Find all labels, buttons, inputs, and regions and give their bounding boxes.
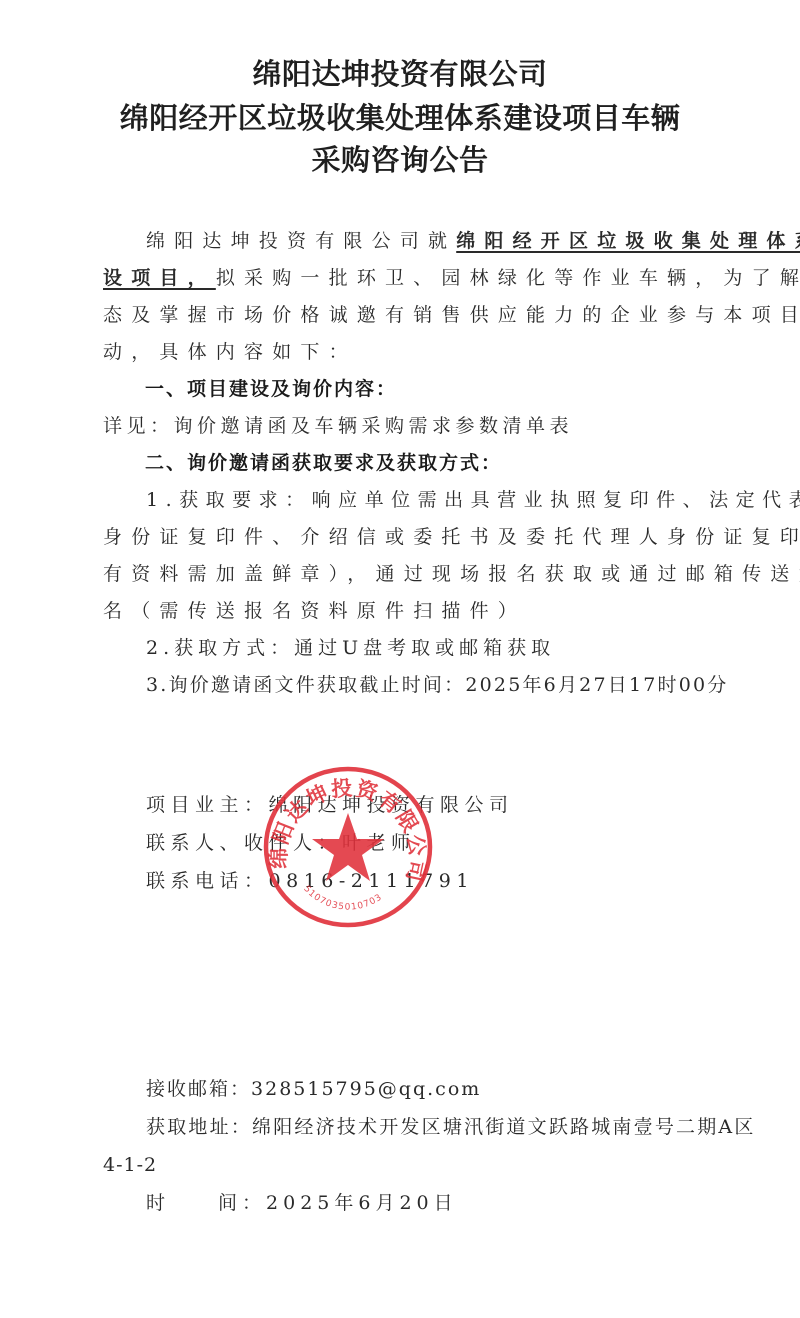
section2-item1-line4: 名（需传送报名资料原件扫描件） xyxy=(103,599,703,623)
section2-heading: 二、询价邀请函获取要求及获取方式： xyxy=(145,451,745,475)
section1-heading: 一、项目建设及询价内容： xyxy=(145,377,745,401)
document-page: 绵阳达坤投资有限公司 绵阳经开区垃圾收集处理体系建设项目车辆 采购咨询公告 绵阳… xyxy=(0,0,800,1318)
phone-row: 联系电话：0816-2111791 xyxy=(146,869,746,893)
section2-item2: 2.获取方式：通过U盘考取或邮箱获取 xyxy=(146,636,746,660)
project-title: 绵阳经开区垃圾收集处理体系建设项目车辆 xyxy=(0,101,800,135)
owner-row: 项目业主：绵阳达坤投资有限公司 xyxy=(146,793,746,817)
project-name-underlined: 绵阳经开区垃圾收集处理体系建 xyxy=(456,230,800,252)
intro-line-3: 态及掌握市场价格诚邀有销售供应能力的企业参与本项目咨询活 xyxy=(103,303,703,327)
email-row: 接收邮箱：328515795@qq.com xyxy=(146,1077,746,1101)
intro-line-4: 动，具体内容如下： xyxy=(103,340,703,364)
address-row-cont: 4-1-2 xyxy=(103,1153,703,1177)
section1-detail: 详见：询价邀请函及车辆采购需求参数清单表 xyxy=(103,414,703,438)
section2-item1-line1: 1.获取要求：响应单位需出具营业执照复印件、法定代表人 xyxy=(146,488,746,512)
date-row: 时 间：2025年6月20日 xyxy=(146,1191,746,1215)
section2-item3: 3.询价邀请函文件获取截止时间：2025年6月27日17时00分 xyxy=(146,673,746,697)
intro-line-1: 绵阳达坤投资有限公司就绵阳经开区垃圾收集处理体系建 xyxy=(146,229,746,253)
intro-line-2: 设项目，拟采购一批环卫、园林绿化等作业车辆，为了解行业动 xyxy=(103,266,703,290)
section2-item1-line2: 身份证复印件、介绍信或委托书及委托代理人身份证复印件（所 xyxy=(103,525,703,549)
notice-title: 采购咨询公告 xyxy=(0,143,800,177)
contact-person-row: 联系人、收件人：叶老师 xyxy=(146,831,746,855)
email-value: 328515795@qq.com xyxy=(251,1078,481,1100)
company-title: 绵阳达坤投资有限公司 xyxy=(0,57,800,91)
section2-item1-line3: 有资料需加盖鲜章），通过现场报名获取或通过邮箱传送资料报 xyxy=(103,562,703,586)
project-name-underlined-end: 设项目， xyxy=(103,267,216,289)
address-row: 获取地址：绵阳经济技术开发区塘汛街道文跃路城南壹号二期A区 xyxy=(146,1115,746,1139)
